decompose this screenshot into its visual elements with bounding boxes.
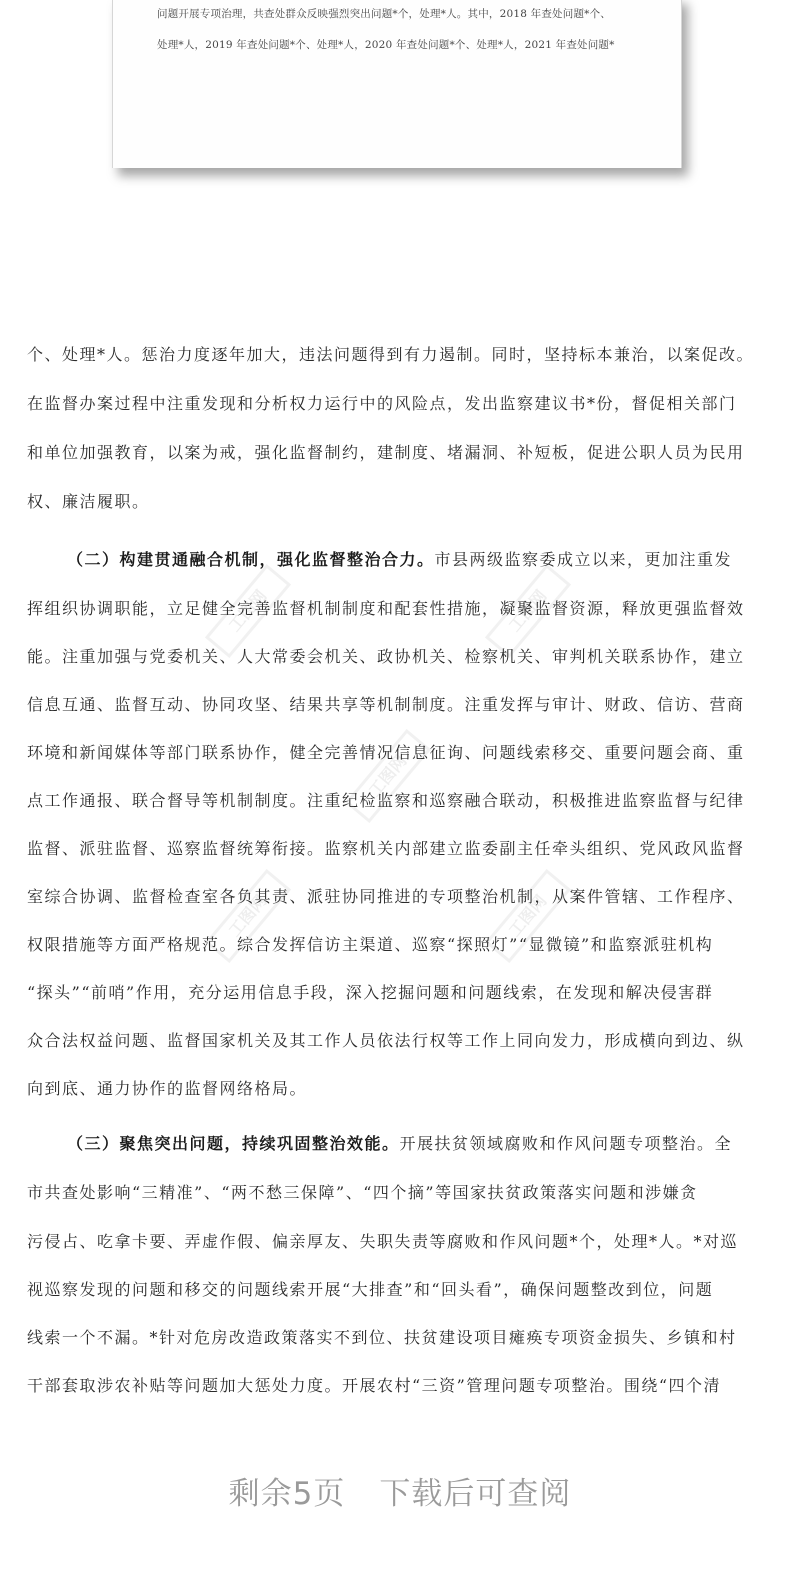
download-hint-label: 下载后可查阅	[379, 1476, 571, 1512]
embedded-text-line: 问题开展专项治理，共查处群众反映强烈突出问题*个，处理*人。其中，2018 年查…	[157, 6, 611, 21]
text-line: 个、处理*人。惩治力度逐年加大，违法问题得到有力遏制。同时，坚持标本兼治，以案促…	[27, 345, 773, 365]
section-heading: （三）聚焦突出问题，持续巩固整治效能。	[67, 1134, 400, 1153]
embedded-text-line: 处理*人，2019 年查处问题*个、处理*人，2020 年查处问题*个、处理*人…	[157, 37, 615, 52]
section-heading: （二）构建贯通融合机制，强化监督整治合力。	[67, 550, 435, 569]
text-line: （二）构建贯通融合机制，强化监督整治合力。市县两级监察委成立以来，更加注重发	[27, 550, 773, 570]
embedded-page-preview: 问题开展专项治理，共查处群众反映强烈突出问题*个，处理*人。其中，2018 年查…	[112, 0, 682, 168]
text-line: 权、廉洁履职。	[27, 492, 773, 512]
text-line: 向到底、通力协作的监督网络格局。	[27, 1079, 773, 1099]
text-line: 环境和新闻媒体等部门联系协作，健全完善情况信息征询、问题线索移交、重要问题会商、…	[27, 743, 773, 763]
text-line: 视巡察发现的问题和移交的问题线索开展“大排查”和“回头看”，确保问题整改到位，问…	[27, 1280, 773, 1300]
text-span: 开展扶贫领域腐败和作风问题专项整治。全	[400, 1134, 733, 1153]
text-line: 和单位加强教育，以案为戒，强化监督制约，建制度、堵漏洞、补短板，促进公职人员为民…	[27, 443, 773, 463]
remaining-pages-label: 剩余5页	[229, 1476, 346, 1512]
text-line: 监督、派驻监督、巡察监督统筹衔接。监察机关内部建立监委副主任牵头组织、党风政风监…	[27, 839, 773, 859]
text-line: 挥组织协调职能，立足健全完善监督机制制度和配套性措施，凝聚监督资源，释放更强监督…	[27, 599, 773, 619]
text-line: 室综合协调、监督检查室各负其责、派驻协同推进的专项整治机制，从案件管辖、工作程序…	[27, 887, 773, 907]
text-line: 在监督办案过程中注重发现和分析权力运行中的风险点，发出监察建议书*份，督促相关部…	[27, 394, 773, 414]
text-line: （三）聚焦突出问题，持续巩固整治效能。开展扶贫领域腐败和作风问题专项整治。全	[27, 1134, 773, 1154]
text-line: 市共查处影响“三精准”、“两不愁三保障”、“四个摘”等国家扶贫政策落实问题和涉嫌…	[27, 1183, 773, 1203]
text-line: 信息互通、监督互动、协同攻坚、结果共享等机制制度。注重发挥与审计、财政、信访、营…	[27, 695, 773, 715]
text-line: 权限措施等方面严格规范。综合发挥信访主渠道、巡察“探照灯”“显微镜”和监察派驻机…	[27, 935, 773, 955]
text-line: 众合法权益问题、监督国家机关及其工作人员依法行权等工作上同向发力，形成横向到边、…	[27, 1031, 773, 1051]
text-line: 污侵占、吃拿卡要、弄虚作假、偏亲厚友、失职失责等腐败和作风问题*个，处理*人。*…	[27, 1232, 773, 1252]
text-span: 市县两级监察委成立以来，更加注重发	[435, 550, 733, 569]
text-line: “探头”“前哨”作用，充分运用信息手段，深入挖掘问题和问题线索，在发现和解决侵害…	[27, 983, 773, 1003]
text-line: 干部套取涉农补贴等问题加大惩处力度。开展农村“三资”管理问题专项整治。围绕“四个…	[27, 1376, 773, 1396]
text-line: 能。注重加强与党委机关、人大常委会机关、政协机关、检察机关、审判机关联系协作，建…	[27, 647, 773, 667]
text-line: 线索一个不漏。*针对危房改造政策落实不到位、扶贫建设项目瘫痪专项资金损失、乡镇和…	[27, 1328, 773, 1348]
text-line: 点工作通报、联合督导等机制制度。注重纪检监察和巡察融合联动，积极推进监察监督与纪…	[27, 791, 773, 811]
remaining-pages-notice[interactable]: 剩余5页下载后可查阅	[0, 1468, 800, 1513]
